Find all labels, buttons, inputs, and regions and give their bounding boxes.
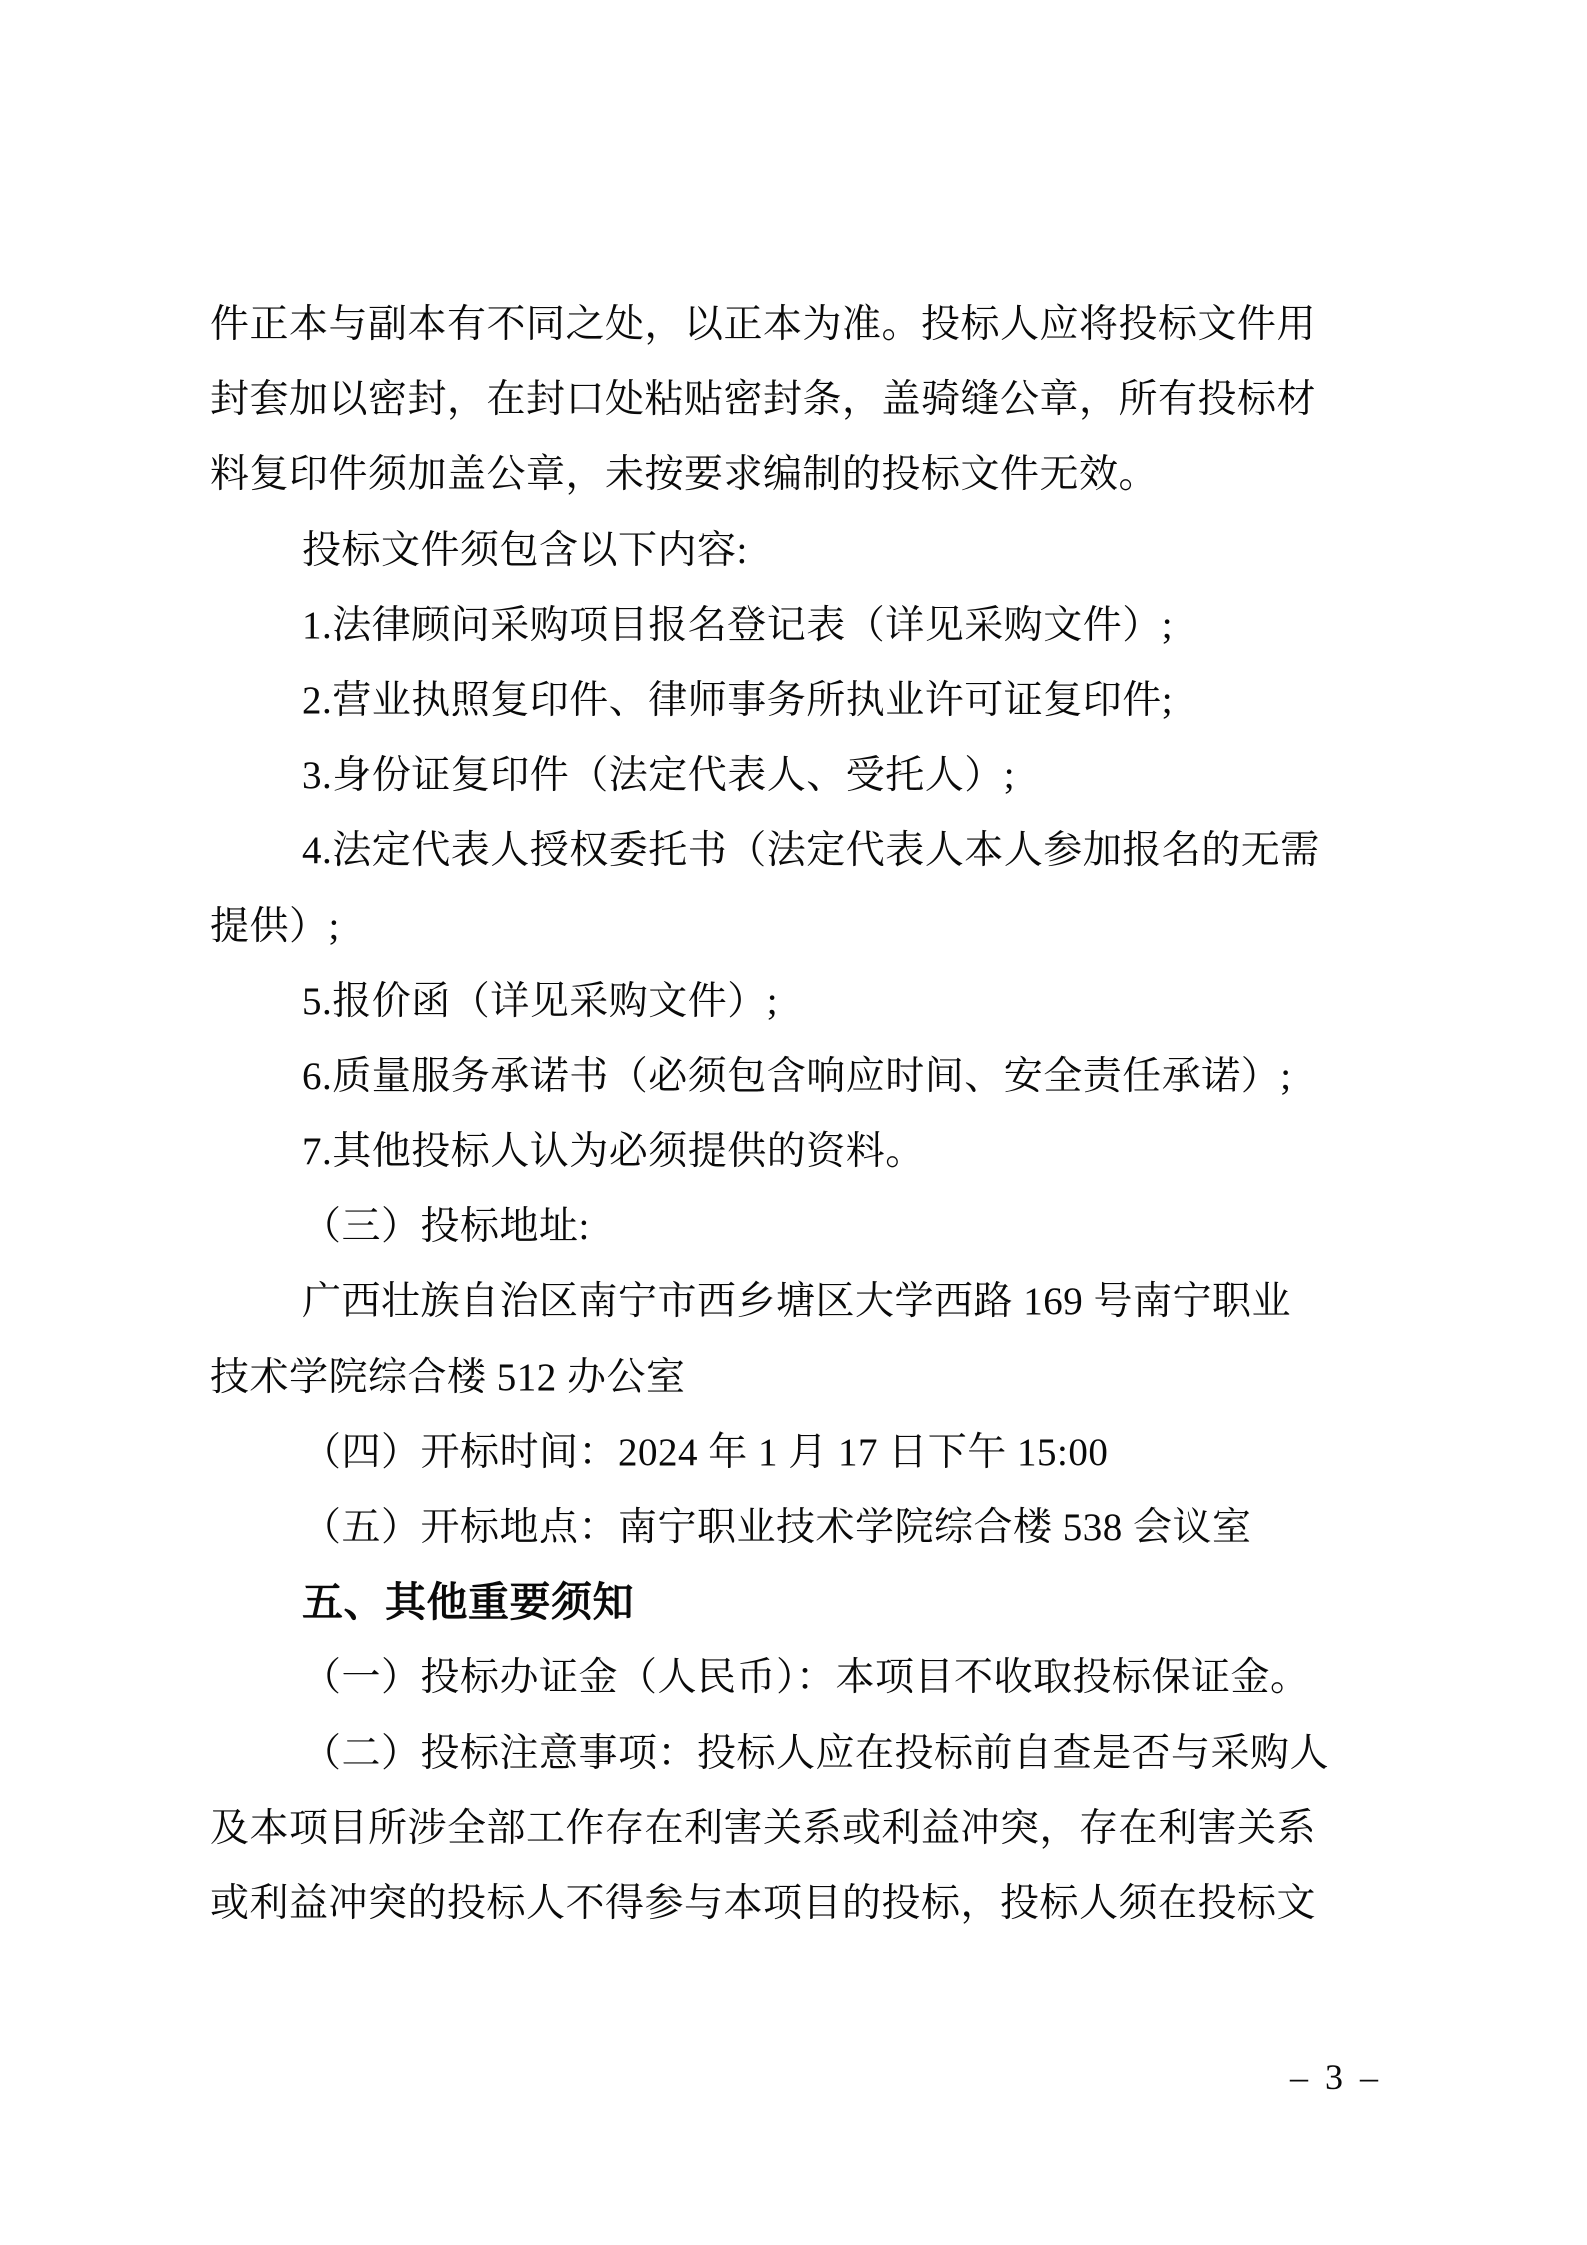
- text-line: 封套加以密封，在封口处粘贴密封条，盖骑缝公章，所有投标材: [210, 362, 1396, 437]
- text-line: （二）投标注意事项：投标人应在投标前自查是否与采购人: [210, 1716, 1396, 1791]
- list-item: 1.法律顾问采购项目报名登记表（详见采购文件）;: [210, 588, 1396, 663]
- list-item: 5.报价函（详见采购文件）;: [210, 964, 1396, 1039]
- text-line: 投标文件须包含以下内容:: [210, 513, 1396, 588]
- list-item: 6.质量服务承诺书（必须包含响应时间、安全责任承诺）;: [210, 1039, 1396, 1114]
- text-line: 广西壮族自治区南宁市西乡塘区大学西路 169 号南宁职业: [210, 1264, 1396, 1339]
- list-item-continuation: 提供）;: [210, 889, 1396, 964]
- text-line: （四）开标时间：2024 年 1 月 17 日下午 15:00: [210, 1415, 1396, 1490]
- list-item: 7.其他投标人认为必须提供的资料。: [210, 1114, 1396, 1189]
- text-line: （三）投标地址:: [210, 1189, 1396, 1264]
- list-item: 4.法定代表人授权委托书（法定代表人本人参加报名的无需: [210, 813, 1396, 888]
- text-line: （一）投标办证金（人民币）：本项目不收取投标保证金。: [210, 1640, 1396, 1715]
- section-heading: 五、其他重要须知: [210, 1565, 1396, 1640]
- document-body: 件正本与副本有不同之处，以正本为准。投标人应将投标文件用 封套加以密封，在封口处…: [210, 287, 1396, 1941]
- text-line: 件正本与副本有不同之处，以正本为准。投标人应将投标文件用: [210, 287, 1396, 362]
- document-page: 件正本与副本有不同之处，以正本为准。投标人应将投标文件用 封套加以密封，在封口处…: [0, 0, 1587, 2245]
- text-line: 及本项目所涉全部工作存在利害关系或利益冲突，存在利害关系: [210, 1791, 1396, 1866]
- text-line: 料复印件须加盖公章，未按要求编制的投标文件无效。: [210, 437, 1396, 512]
- text-line: 技术学院综合楼 512 办公室: [210, 1340, 1396, 1415]
- text-line: 或利益冲突的投标人不得参与本项目的投标，投标人须在投标文: [210, 1866, 1396, 1941]
- page-number: – 3 –: [1290, 2056, 1382, 2098]
- list-item: 3.身份证复印件（法定代表人、受托人）;: [210, 738, 1396, 813]
- list-item: 2.营业执照复印件、律师事务所执业许可证复印件;: [210, 663, 1396, 738]
- text-line: （五）开标地点：南宁职业技术学院综合楼 538 会议室: [210, 1490, 1396, 1565]
